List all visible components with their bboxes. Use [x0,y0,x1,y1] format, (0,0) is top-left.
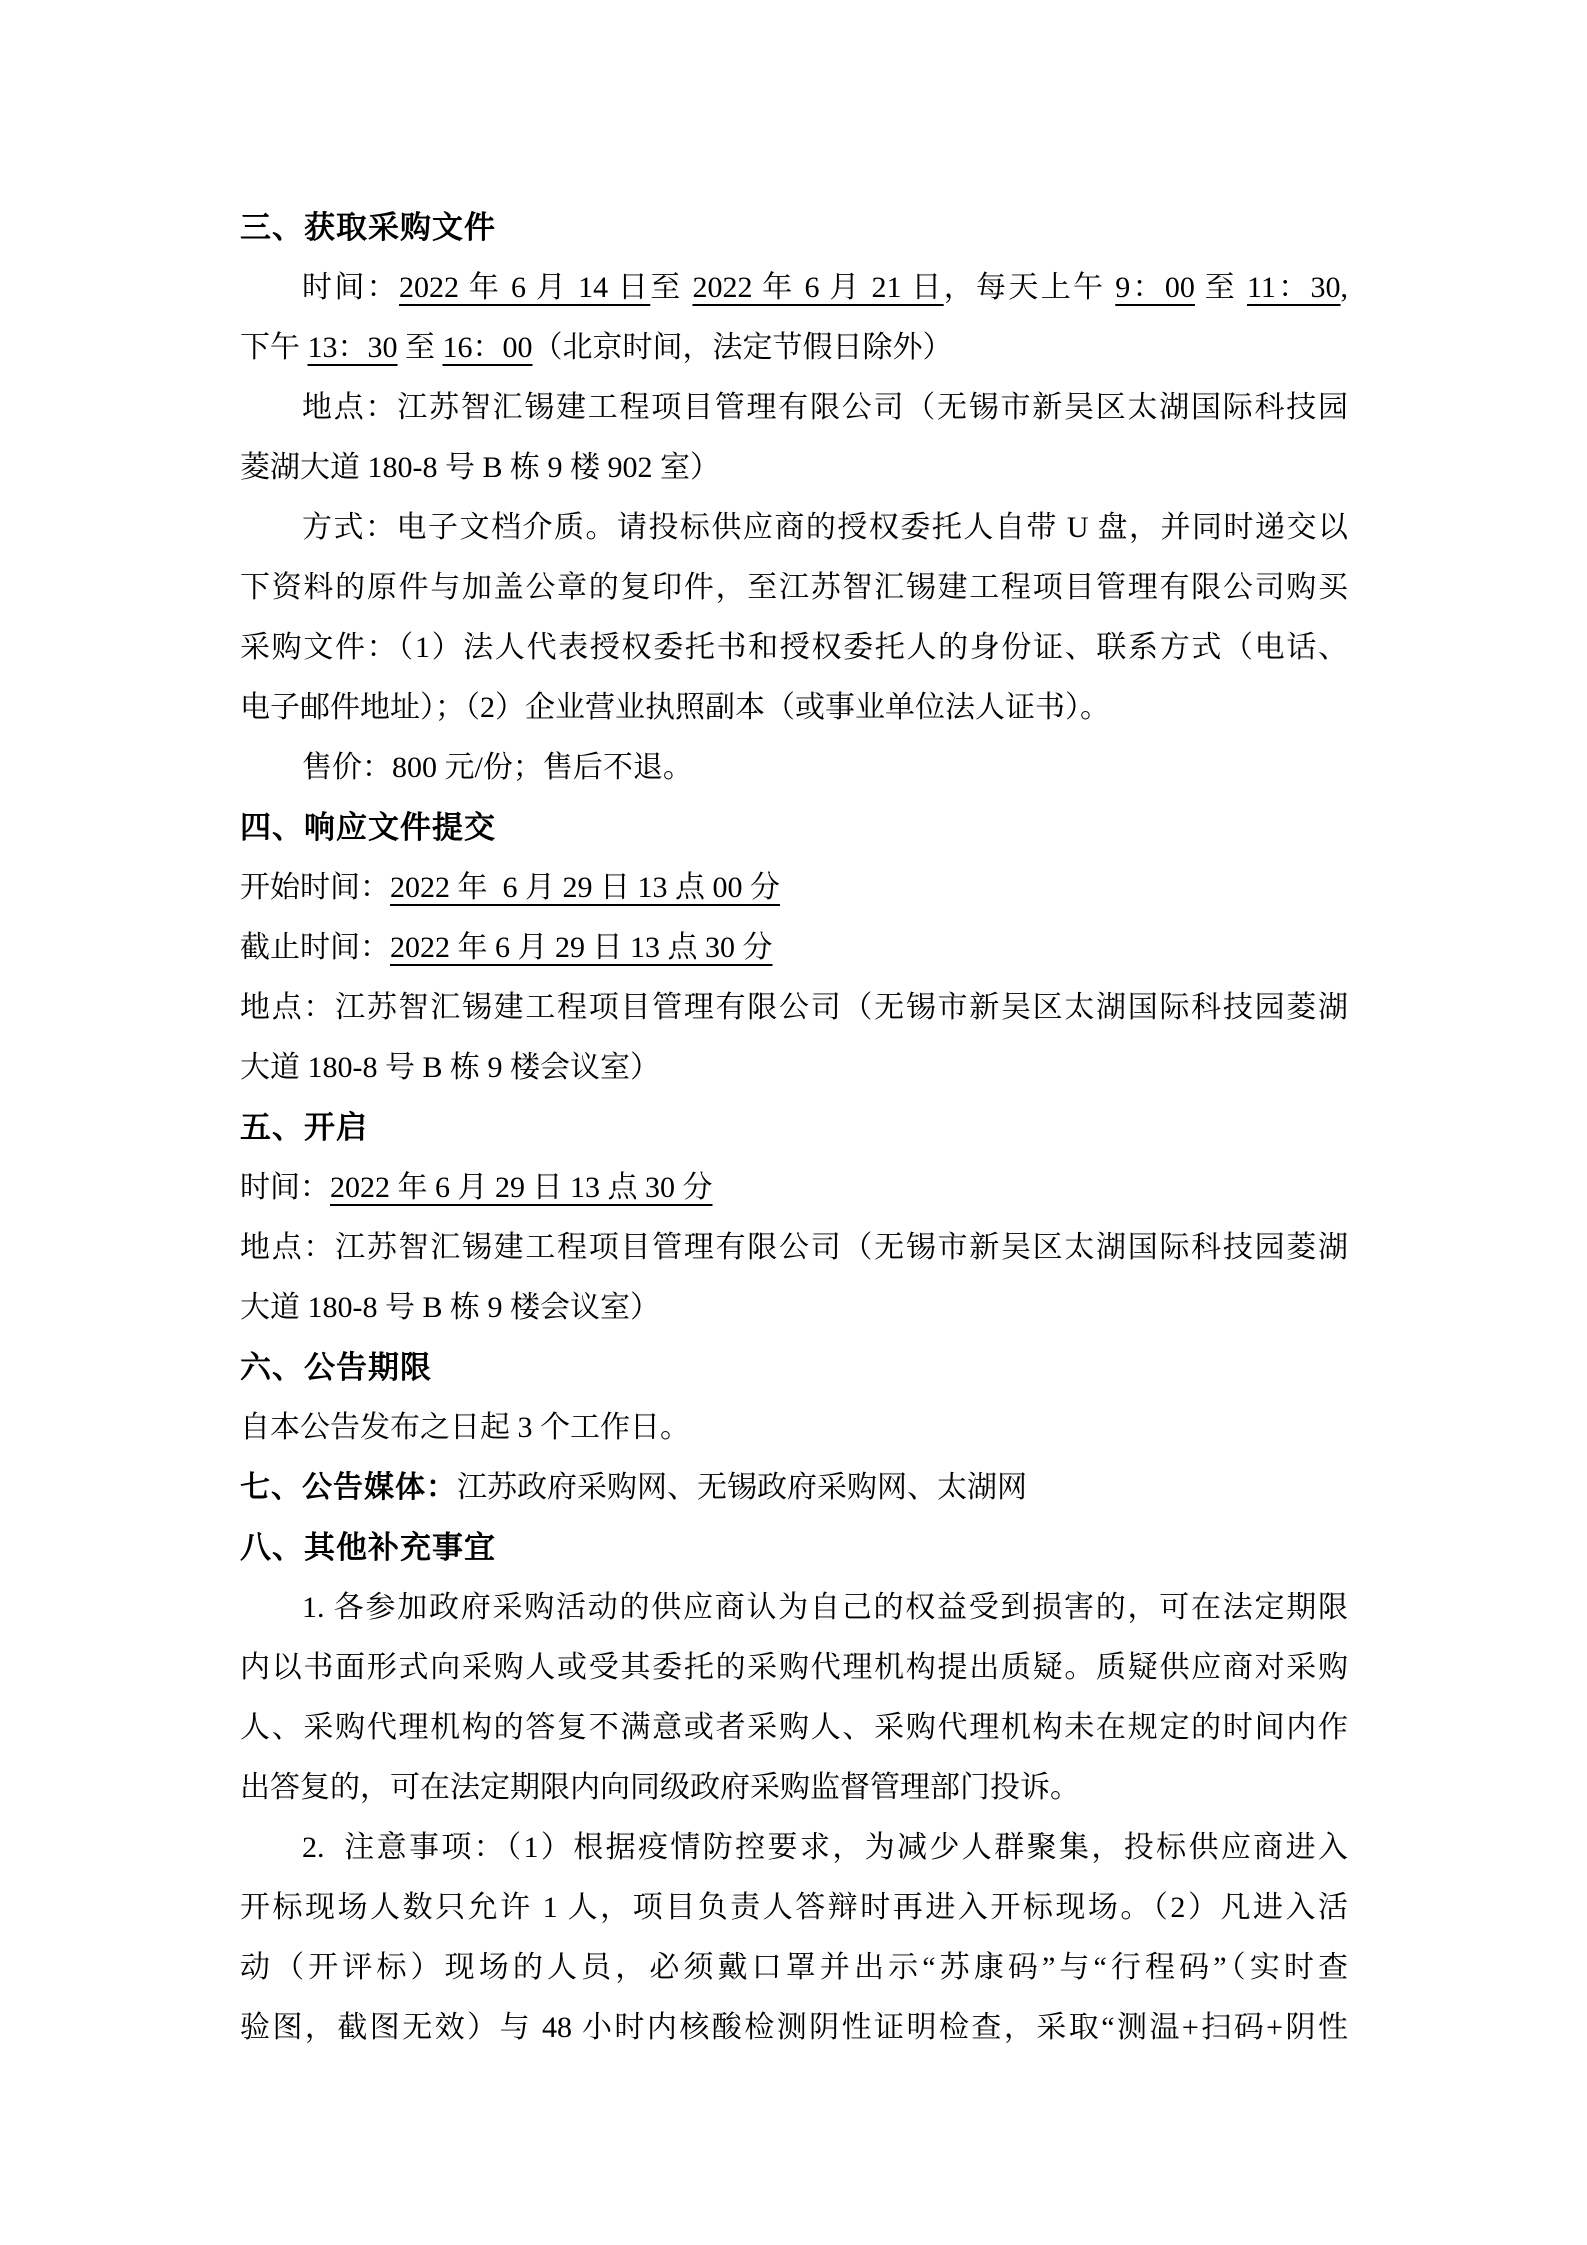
section-6-announcement-period-line-1: 自本公告发布之日起 3 个工作日。 [240,1398,1348,1458]
section-8-other-supplementary-matters-line-4: 出答复的，可在法定期限内向同级政府采购监督管理部门投诉。 [240,1758,1348,1818]
text-run: 人、采购代理机构的答复不满意或者采购人、采购代理机构未在规定的时间内作 [240,1711,1348,1744]
section-4-response-document-submission-heading: 四、响应文件提交 [240,798,1348,858]
text-run: 地点：江苏智汇锡建工程项目管理有限公司（无锡市新吴区太湖国际科技园菱湖 [240,991,1348,1024]
text-run: 方式：电子文档介质。请投标供应商的授权委托人自带 U 盘，并同时递交以 [302,511,1348,544]
section-8-other-supplementary-matters-line-8: 验图，截图无效）与 48 小时内核酸检测阴性证明检查，采取“测温+扫码+阴性 [240,1998,1348,2058]
text-run: 内以书面形式向采购人或受其委托的采购代理机构提出质疑。质疑供应商对采购 [240,1651,1348,1684]
text-run: ，每天上午 [944,271,1116,304]
section-3-obtain-procurement-documents-line-9: 售价：800 元/份；售后不退。 [240,738,1348,798]
section-4-response-document-submission-line-1: 开始时间：2022 年 6 月 29 日 13 点 00 分 [240,858,1348,918]
text-run: 菱湖大道 180-8 号 B 栋 9 楼 902 室） [240,451,720,484]
underlined-text-run: 2022 年 6 月 29 日 13 点 30 分 [390,931,773,964]
section-3-obtain-procurement-documents-line-5: 方式：电子文档介质。请投标供应商的授权委托人自带 U 盘，并同时递交以 [240,498,1348,558]
section-3-obtain-procurement-documents-heading: 三、获取采购文件 [240,198,1348,258]
underlined-text-run: 13：30 [308,331,398,364]
section-8-other-supplementary-matters-line-2: 内以书面形式向采购人或受其委托的采购代理机构提出质疑。质疑供应商对采购 [240,1638,1348,1698]
section-8-other-supplementary-matters-line-5: 2. 注意事项：（1）根据疫情防控要求，为减少人群聚集，投标供应商进入 [240,1818,1348,1878]
text-run: 地点：江苏智汇锡建工程项目管理有限公司（无锡市新吴区太湖国际科技园菱湖 [240,1231,1348,1264]
text-run: 开标现场人数只允许 1 人，项目负责人答辩时再进入开标现场。（2）凡进入活 [240,1891,1348,1924]
text-run: 售价：800 元/份；售后不退。 [302,751,693,784]
section-6-announcement-period-heading: 六、公告期限 [240,1338,1348,1398]
section-4-response-document-submission-line-4: 大道 180-8 号 B 栋 9 楼会议室） [240,1038,1348,1098]
underlined-text-run: 2022 年 6 月 29 日 13 点 30 分 [330,1171,713,1204]
section-8-other-supplementary-matters-line-7: 动（开评标）现场的人员，必须戴口罩并出示“苏康码”与“行程码”（实时查 [240,1938,1348,1998]
underlined-text-run: 11：30 [1247,271,1341,304]
underlined-text-run: 2022 年 6 月 21 日 [692,271,943,304]
text-run: 大道 180-8 号 B 栋 9 楼会议室） [240,1291,660,1324]
section-5-opening-line-2: 地点：江苏智汇锡建工程项目管理有限公司（无锡市新吴区太湖国际科技园菱湖 [240,1218,1348,1278]
section-8-other-supplementary-matters-line-3: 人、采购代理机构的答复不满意或者采购人、采购代理机构未在规定的时间内作 [240,1698,1348,1758]
text-run: 大道 180-8 号 B 栋 9 楼会议室） [240,1051,660,1084]
section-7-announcement-media-line-1: 七、公告媒体：江苏政府采购网、无锡政府采购网、太湖网 [240,1458,1348,1518]
text-run: 电子邮件地址）；（2）企业营业执照副本（或事业单位法人证书）。 [240,691,1110,724]
text-run: 采购文件：（1）法人代表授权委托书和授权委托人的身份证、联系方式（电话、 [240,631,1348,664]
text-run: 地点：江苏智汇锡建工程项目管理有限公司（无锡市新吴区太湖国际科技园 [302,391,1348,424]
section-3-obtain-procurement-documents-line-7: 采购文件：（1）法人代表授权委托书和授权委托人的身份证、联系方式（电话、 [240,618,1348,678]
section-3-obtain-procurement-documents-line-6: 下资料的原件与加盖公章的复印件，至江苏智汇锡建工程项目管理有限公司购买 [240,558,1348,618]
underlined-text-run: 16：00 [443,331,533,364]
text-run: 时间： [302,271,399,304]
section-8-other-supplementary-matters-line-6: 开标现场人数只允许 1 人，项目负责人答辩时再进入开标现场。（2）凡进入活 [240,1878,1348,1938]
document-page: 三、获取采购文件时间：2022 年 6 月 14 日至 2022 年 6 月 2… [240,198,1348,2058]
section-3-obtain-procurement-documents-line-4: 菱湖大道 180-8 号 B 栋 9 楼 902 室） [240,438,1348,498]
section-3-obtain-procurement-documents-line-3: 地点：江苏智汇锡建工程项目管理有限公司（无锡市新吴区太湖国际科技园 [240,378,1348,438]
text-run: 下午 [240,331,308,364]
text-run: 出答复的，可在法定期限内向同级政府采购监督管理部门投诉。 [240,1771,1080,1804]
text-run: 2. 注意事项：（1）根据疫情防控要求，为减少人群聚集，投标供应商进入 [302,1831,1348,1864]
text-run: , [1341,271,1348,304]
text-run: 动（开评标）现场的人员，必须戴口罩并出示“苏康码”与“行程码”（实时查 [240,1951,1348,1984]
text-run: 开始时间： [240,871,390,904]
underlined-text-run: 9：00 [1115,271,1195,304]
text-run: 验图，截图无效）与 48 小时内核酸检测阴性证明检查，采取“测温+扫码+阴性 [240,2011,1348,2044]
text-run: 至 [398,331,443,364]
section-4-response-document-submission-line-3: 地点：江苏智汇锡建工程项目管理有限公司（无锡市新吴区太湖国际科技园菱湖 [240,978,1348,1038]
section-3-obtain-procurement-documents-line-1: 时间：2022 年 6 月 14 日至 2022 年 6 月 21 日，每天上午… [240,258,1348,318]
bold-label-run: 七、公告媒体： [240,1471,457,1504]
section-8-other-supplementary-matters-heading: 八、其他补充事宜 [240,1518,1348,1578]
text-run: 江苏政府采购网、无锡政府采购网、太湖网 [457,1471,1027,1504]
text-run: 下资料的原件与加盖公章的复印件，至江苏智汇锡建工程项目管理有限公司购买 [240,571,1348,604]
text-run: （北京时间，法定节假日除外） [533,331,953,364]
section-5-opening-line-3: 大道 180-8 号 B 栋 9 楼会议室） [240,1278,1348,1338]
text-run: 时间： [240,1171,330,1204]
underlined-text-run: 2022 年 6 月 14 日 [399,271,650,304]
section-5-opening-line-1: 时间：2022 年 6 月 29 日 13 点 30 分 [240,1158,1348,1218]
section-5-opening-heading: 五、开启 [240,1098,1348,1158]
text-run: 至 [650,271,692,304]
text-run: 自本公告发布之日起 3 个工作日。 [240,1411,690,1444]
section-4-response-document-submission-line-2: 截止时间：2022 年 6 月 29 日 13 点 30 分 [240,918,1348,978]
text-run: 截止时间： [240,931,390,964]
section-3-obtain-procurement-documents-line-2: 下午 13：30 至 16：00（北京时间，法定节假日除外） [240,318,1348,378]
underlined-text-run: 2022 年 6 月 29 日 13 点 00 分 [390,871,780,904]
section-3-obtain-procurement-documents-line-8: 电子邮件地址）；（2）企业营业执照副本（或事业单位法人证书）。 [240,678,1348,738]
text-run: 至 [1195,271,1247,304]
section-8-other-supplementary-matters-line-1: 1. 各参加政府采购活动的供应商认为自己的权益受到损害的，可在法定期限 [240,1578,1348,1638]
text-run: 1. 各参加政府采购活动的供应商认为自己的权益受到损害的，可在法定期限 [302,1591,1348,1624]
